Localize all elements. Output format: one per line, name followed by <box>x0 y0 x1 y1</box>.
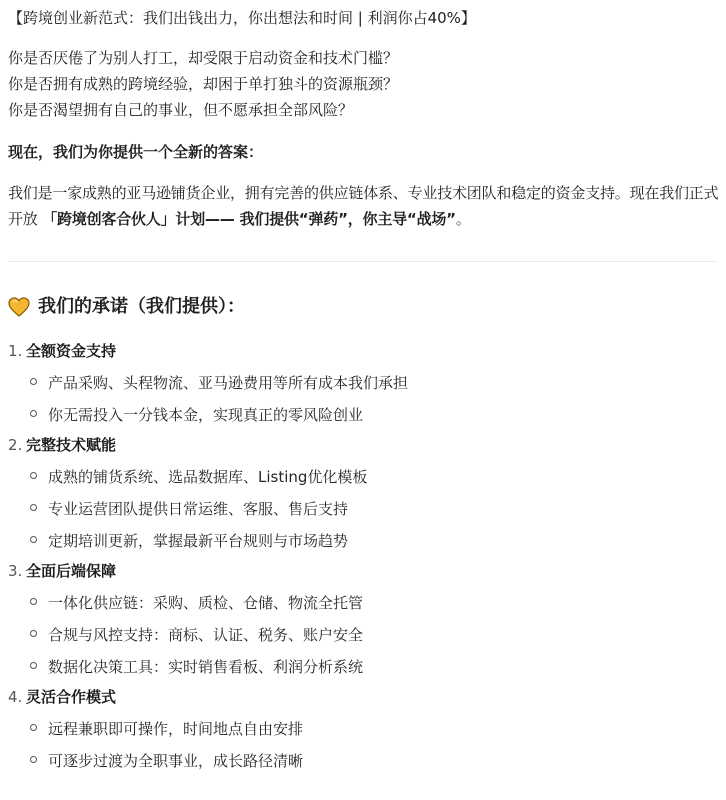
intro-paragraph: 我们是一家成熟的亚马逊铺货企业，拥有完善的供应链体系、专业技术团队和稳定的资金支… <box>8 180 720 232</box>
intro-highlight: 「跨境创客合伙人」计划—— 我们提供“弹药”，你主导“战场” <box>42 210 456 228</box>
list-item: 专业运营团队提供日常运维、客服、售后支持 <box>8 493 718 525</box>
hollow-circle-bullet-icon <box>30 630 37 637</box>
list-number: 2. <box>8 431 26 459</box>
section-divider <box>8 261 718 262</box>
list-item: 数据化决策工具：实时销售看板、利润分析系统 <box>8 651 718 683</box>
list-item: 合规与风控支持：商标、认证、税务、账户安全 <box>8 619 718 651</box>
question-line: 你是否拥有成熟的跨境经验，却困于单打独斗的资源瓶颈？ <box>8 71 398 97</box>
list-item: 你无需投入一分钱本金，实现真正的零风险创业 <box>8 399 718 431</box>
hollow-circle-bullet-icon <box>30 724 37 731</box>
commitment-label: 全额资金支持 <box>26 342 116 360</box>
list-number: 4. <box>8 683 26 711</box>
list-item: 远程兼职即可操作，时间地点自由安排 <box>8 713 718 745</box>
yellow-heart-icon <box>8 297 30 317</box>
commitment-item: 3.全面后端保障 一体化供应链：采购、质检、仓储、物流全托管 合规与风控支持：商… <box>8 557 718 683</box>
commitment-label: 全面后端保障 <box>26 562 116 580</box>
answer-heading: 现在，我们为你提供一个全新的答案： <box>8 140 263 164</box>
commitment-label: 完整技术赋能 <box>26 436 116 454</box>
hollow-circle-bullet-icon <box>30 598 37 605</box>
commitment-item: 4.灵活合作模式 远程兼职即可操作，时间地点自由安排 可逐步过渡为全职事业，成长… <box>8 683 718 777</box>
question-line: 你是否渴望拥有自己的事业，但不愿承担全部风险？ <box>8 97 398 123</box>
commitment-item: 1.全额资金支持 产品采购、头程物流、亚马逊费用等所有成本我们承担 你无需投入一… <box>8 337 718 431</box>
questions-block: 你是否厌倦了为别人打工，却受限于启动资金和技术门槛？ 你是否拥有成熟的跨境经验，… <box>8 45 398 123</box>
list-item: 成熟的铺货系统、选品数据库、Listing优化模板 <box>8 461 718 493</box>
intro-end: 。 <box>456 210 471 228</box>
commitments-heading: 我们的承诺（我们提供）： <box>8 293 245 321</box>
commitments-heading-text: 我们的承诺（我们提供）： <box>38 293 245 321</box>
list-item: 产品采购、头程物流、亚马逊费用等所有成本我们承担 <box>8 367 718 399</box>
list-number: 1. <box>8 337 26 365</box>
list-number: 3. <box>8 557 26 585</box>
hollow-circle-bullet-icon <box>30 410 37 417</box>
commitment-label: 灵活合作模式 <box>26 688 116 706</box>
list-item: 一体化供应链：采购、质检、仓储、物流全托管 <box>8 587 718 619</box>
hollow-circle-bullet-icon <box>30 662 37 669</box>
hollow-circle-bullet-icon <box>30 504 37 511</box>
commitments-list: 1.全额资金支持 产品采购、头程物流、亚马逊费用等所有成本我们承担 你无需投入一… <box>8 337 718 777</box>
question-line: 你是否厌倦了为别人打工，却受限于启动资金和技术门槛？ <box>8 45 398 71</box>
document-title-line: 【跨境创业新范式：我们出钱出力，你出想法和时间 | 利润你占40%】 <box>8 6 476 30</box>
hollow-circle-bullet-icon <box>30 536 37 543</box>
hollow-circle-bullet-icon <box>30 472 37 479</box>
list-item: 可逐步过渡为全职事业，成长路径清晰 <box>8 745 718 777</box>
list-item: 定期培训更新，掌握最新平台规则与市场趋势 <box>8 525 718 557</box>
commitment-item: 2.完整技术赋能 成熟的铺货系统、选品数据库、Listing优化模板 专业运营团… <box>8 431 718 557</box>
hollow-circle-bullet-icon <box>30 756 37 763</box>
hollow-circle-bullet-icon <box>30 378 37 385</box>
